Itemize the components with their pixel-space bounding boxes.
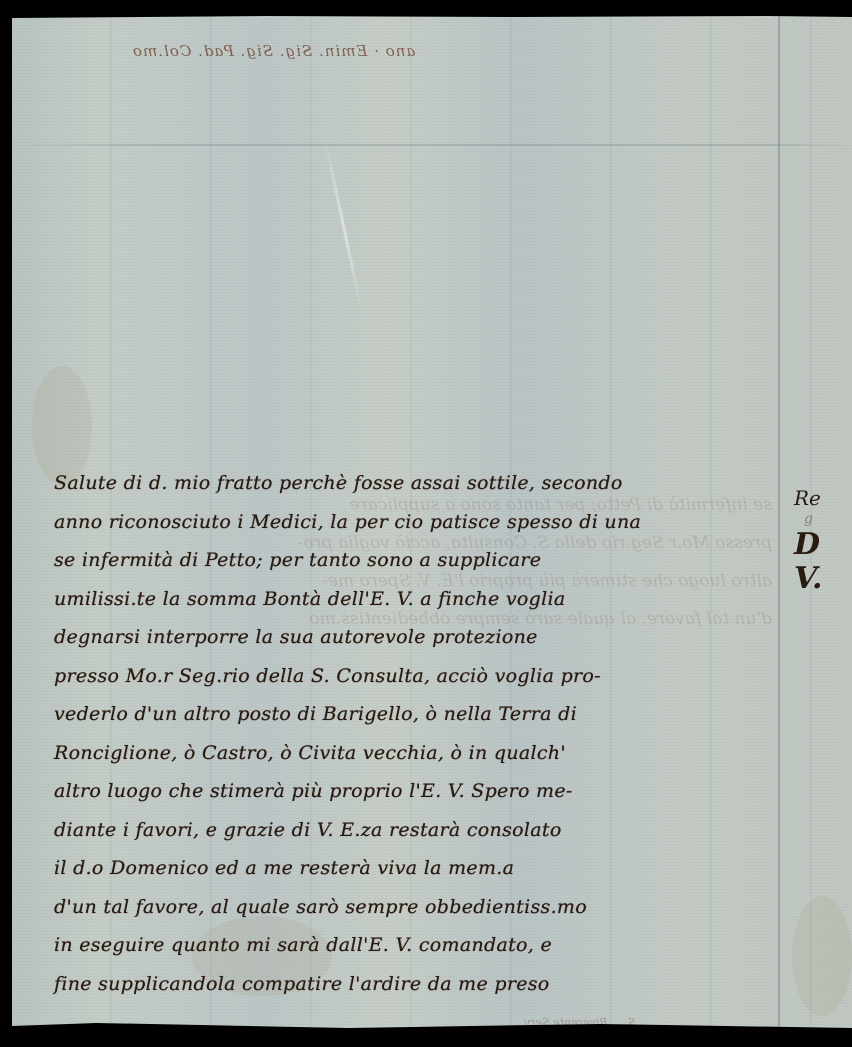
horizontal-fold-line [12,144,852,146]
paper-stain [792,896,852,1016]
letter-line: diante i favori, e grazie di V. E.za res… [54,811,774,850]
facing-page-line: Re [794,486,852,510]
bleed-through-text-top: ano · Emin. Sig. Sig. Pad. Col.mo [132,42,415,60]
letter-line: degnarsi interporre la sua autorevole pr… [54,618,774,657]
letter-line: presso Mo.r Seg.rio della S. Consulta, a… [54,657,774,696]
facing-page-fragment: Re g D V. [794,486,852,596]
letter-line: se infermità di Petto; per tanto sono a … [54,541,774,580]
letter-line: umilissi.te la somma Bontà dell'E. V. a … [54,580,774,619]
manuscript-page: ano · Emin. Sig. Sig. Pad. Col.mo ... S.… [12,16,852,1028]
facing-page-line: g [804,510,852,528]
vertical-fold-line [778,16,780,1028]
letter-line: vederlo d'un altro posto di Barigello, ò… [54,695,774,734]
letter-line: fine supplicandola compatire l'ardire da… [54,965,774,1004]
paper-crease [323,138,363,315]
letter-line: anno riconosciuto i Medici, la per cio p… [54,503,774,542]
bleed-through-text-bottom: ... S. ... Riverente Serv. [522,1016,650,1029]
letter-line: Ronciglione, ò Castro, ò Civita vecchia,… [54,734,774,773]
facing-page-line: D V. [794,528,852,596]
letter-line: in eseguire quanto mi sarà dall'E. V. co… [54,926,774,965]
letter-line: d'un tal favore, al quale sarò sempre ob… [54,888,774,927]
letter-body: Salute di d. mio fratto perchè fosse ass… [54,464,774,1003]
letter-line: il d.o Domenico ed a me resterà viva la … [54,849,774,888]
letter-line: Salute di d. mio fratto perchè fosse ass… [54,464,774,503]
letter-line: altro luogo che stimerà più proprio l'E.… [54,772,774,811]
